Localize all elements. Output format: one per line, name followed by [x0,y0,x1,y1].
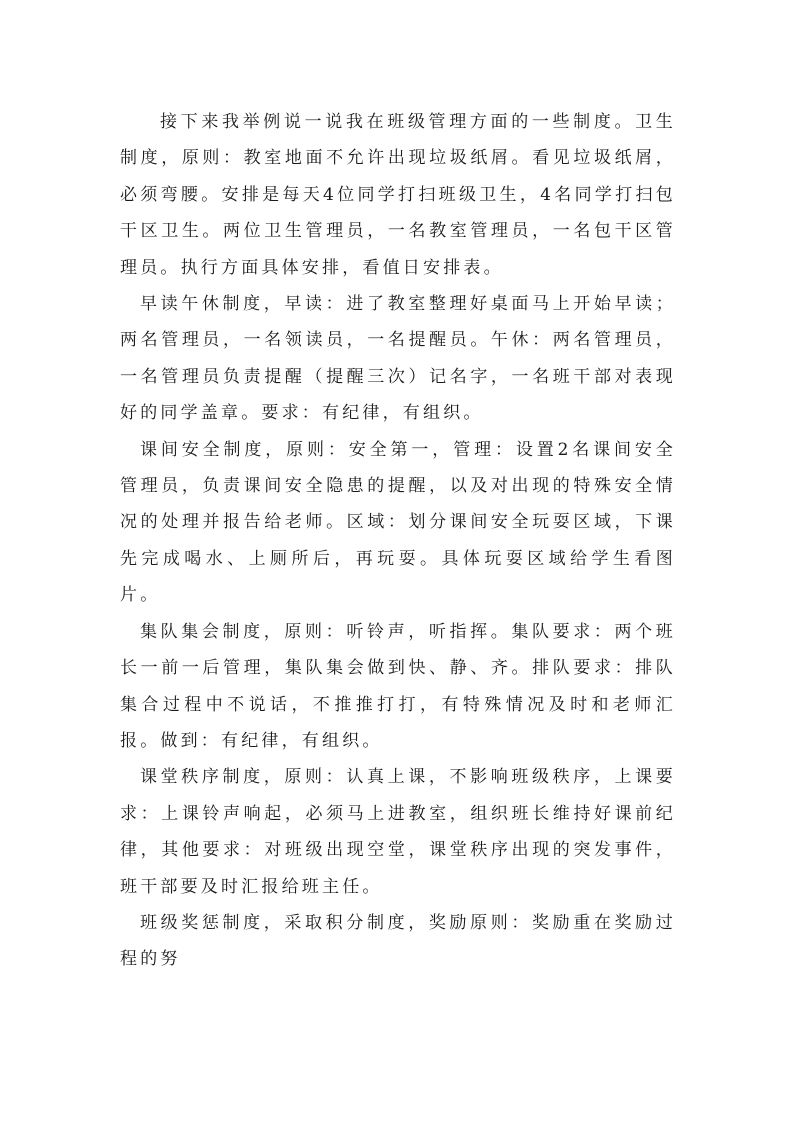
paragraph-break-safety: 课间安全制度，原则：安全第一，管理：设置2名课间安全管理员，负责课间安全隐患的提… [120,432,676,614]
paragraph-hygiene-system: 接下来我举例说一说我在班级管理方面的一些制度。卫生制度，原则：教室地面不允许出现… [120,104,676,286]
document-page: 接下来我举例说一说我在班级管理方面的一些制度。卫生制度，原则：教室地面不允许出现… [120,104,676,978]
paragraph-assembly-system: 集队集会制度，原则：听铃声，听指挥。集队要求：两个班长一前一后管理，集队集会做到… [120,614,676,760]
paragraph-morning-reading-noon-rest: 早读午休制度，早读：进了教室整理好桌面马上开始早读；两名管理员，一名领读员，一名… [120,286,676,432]
paragraph-classroom-order: 课堂秩序制度，原则：认真上课，不影响班级秩序，上课要求：上课铃声响起，必须马上进… [120,759,676,905]
paragraph-rewards-penalties: 班级奖惩制度，采取积分制度，奖励原则：奖励重在奖励过程的努 [120,905,676,978]
